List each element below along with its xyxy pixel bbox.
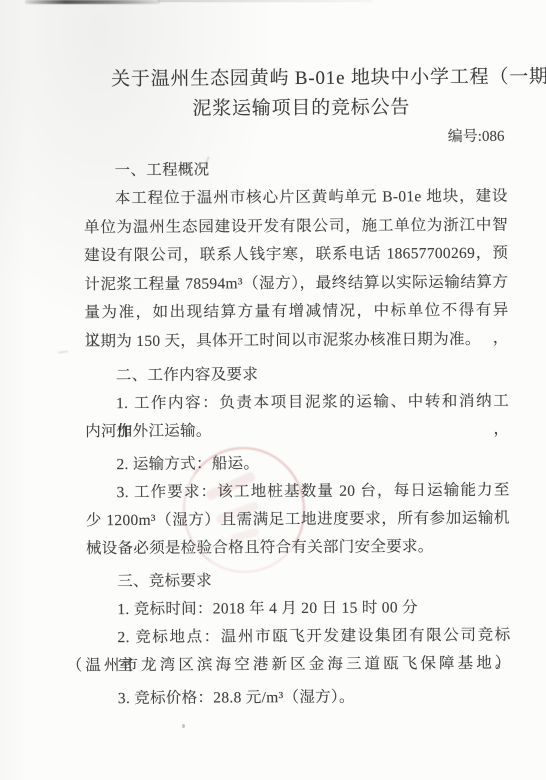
list-item-line: 2. 运输方式：船运。 [85,449,509,480]
section-heading-1: 一、工程概况 [84,155,508,186]
list-item-line: 1. 竞标时间：2018 年 4 月 20 日 15 时 00 分 [86,594,510,625]
document-content: 关于温州生态园黄屿 B-01e 地块中小学工程（一期） 泥浆运输项目的竞标公告 … [83,0,512,780]
list-item-line: 3. 竞标价格：28.8 元/m³（湿方）。 [87,683,511,714]
doc-title-line-2: 泥浆运输项目的竞标公告 [83,93,513,126]
section-heading-3: 三、竞标要求 [86,566,510,597]
doc-title-line-1: 关于温州生态园黄屿 B-01e 地块中小学工程（一期） [83,63,535,96]
scanned-document-page: 关于温州生态园黄屿 B-01e 地块中小学工程（一期） 泥浆运输项目的竞标公告 … [0,0,546,780]
body-line: 内河加外江运输。 [85,416,509,447]
scan-dash-artifact [58,350,68,353]
doc-number: 编号:086 [83,124,504,153]
body-line: 少 1200m³（湿方）且需满足工地进度要求，所有参加运输机 [86,505,510,536]
list-item-line: 1. 工作内容：负责本项目泥浆的运输、中转和消纳工作， [85,388,509,419]
body-line: 单位为温州生态园建设开发有限公司，施工单位为浙江中智 [84,212,508,243]
body-line: 计泥浆工程量 78594m³（湿方），最终结算以实际运输结算方 [84,269,508,300]
body-line: （温州市龙湾区滨海空港新区金海三道瓯飞保障基地） [67,650,511,681]
body-line: 工期为 150 天，具体开工时间以市泥浆办核准日期为准。 [85,326,509,357]
body-line: 量为准，如出现结算方量有增减情况，中标单位不得有异议， [84,297,508,328]
section-heading-2: 二、工作内容及要求 [85,360,509,391]
body-line: 械设备必须是检验合格且符合有关部门安全要求。 [86,533,510,564]
list-item-line: 2. 竞标地点：温州市瓯飞开发建设集团有限公司竞标室。 [86,622,510,653]
body-line: 建设有限公司，联系人钱宇寒，联系电话 18657700269，预 [84,240,508,271]
body-line: 本工程位于温州市核心片区黄屿单元 B-01e 地块，建设 [84,183,508,214]
list-item-line: 3. 工作要求：该工地桩基数量 20 台，每日运输能力至 [86,477,510,508]
